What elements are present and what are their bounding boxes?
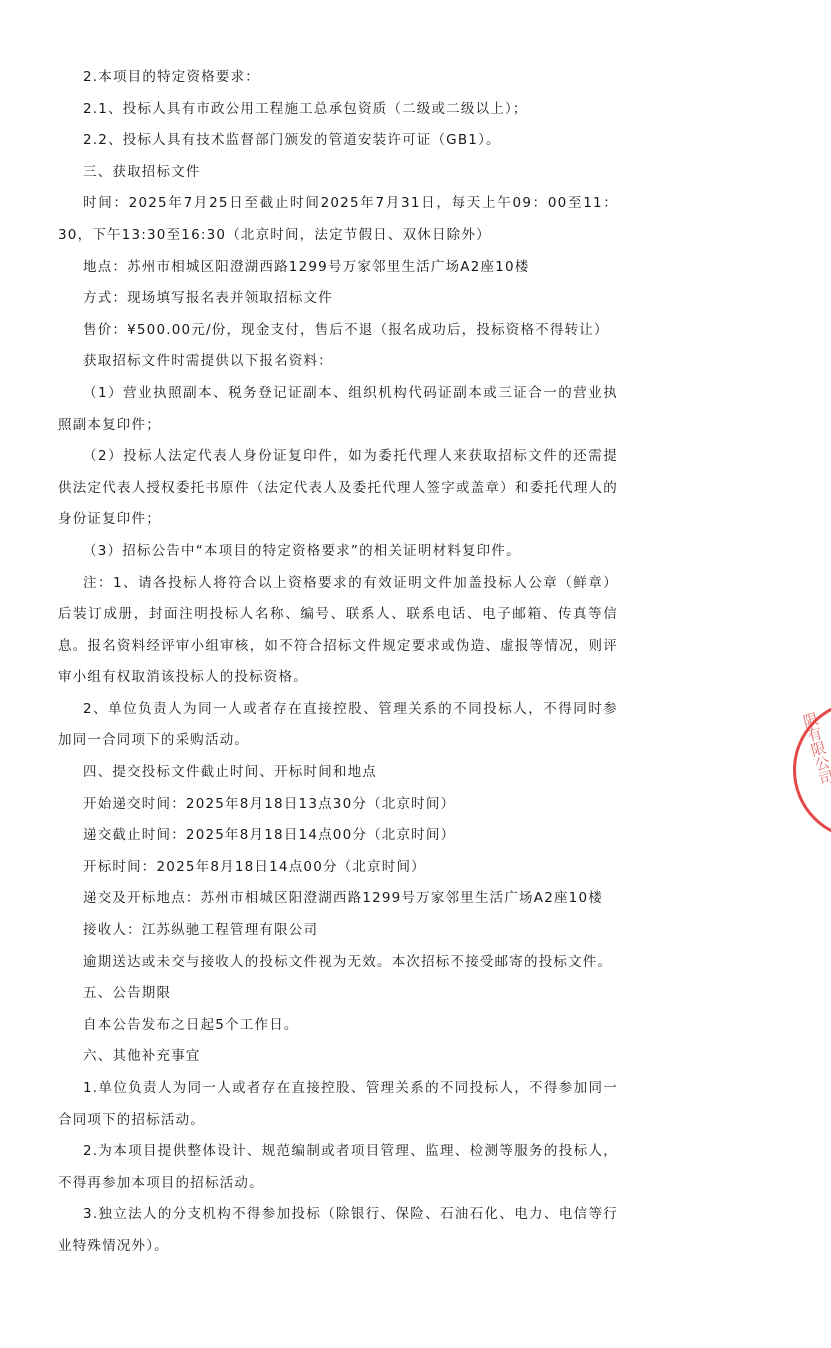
section-6-heading: 六、其他补充事宜 (58, 1041, 618, 1073)
section-3-heading: 三、获取招标文件 (58, 157, 618, 189)
supplement-item-1: 1.单位负责人为同一人或者存在直接控股、管理关系的不同投标人，不得参加同一合同项… (58, 1073, 618, 1136)
late-submission-note: 逾期送达或未交与接收人的投标文件视为无效。本次招标不接受邮寄的投标文件。 (58, 947, 618, 979)
section-4-heading: 四、提交投标文件截止时间、开标时间和地点 (58, 757, 618, 789)
recipient: 接收人：江苏纵驰工程管理有限公司 (58, 915, 618, 947)
qualification-item-2-2: 2.2、投标人具有技术监督部门颁发的管道安装许可证（GB1）。 (58, 125, 618, 157)
note-1: 注：1、请各投标人将符合以上资格要求的有效证明文件加盖投标人公章（鲜章）后装订成… (58, 568, 618, 694)
submission-deadline: 递交截止时间：2025年8月18日14点00分（北京时间） (58, 820, 618, 852)
required-materials-intro: 获取招标文件时需提供以下报名资料： (58, 346, 618, 378)
supplement-item-3: 3.独立法人的分支机构不得参加投标（除银行、保险、石油石化、电力、电信等行业特殊… (58, 1199, 618, 1262)
qualification-heading: 2.本项目的特定资格要求： (58, 62, 618, 94)
required-material-1: （1）营业执照副本、税务登记证副本、组织机构代码证副本或三证合一的营业执照副本复… (58, 378, 618, 441)
opening-time: 开标时间：2025年8月18日14点00分（北京时间） (58, 852, 618, 884)
obtain-location: 地点：苏州市相城区阳澄湖西路1299号万家邻里生活广场A2座10楼 (58, 252, 618, 284)
obtain-method: 方式：现场填写报名表并领取招标文件 (58, 283, 618, 315)
qualification-item-2-1: 2.1、投标人具有市政公用工程施工总承包资质（二级或二级以上）； (58, 94, 618, 126)
supplement-item-2: 2.为本项目提供整体设计、规范编制或者项目管理、监理、检测等服务的投标人，不得再… (58, 1136, 618, 1199)
section-5-heading: 五、公告期限 (58, 978, 618, 1010)
submission-start-time: 开始递交时间：2025年8月18日13点30分（北京时间） (58, 789, 618, 821)
note-2: 2、单位负责人为同一人或者存在直接控股、管理关系的不同投标人，不得同时参加同一合… (58, 694, 618, 757)
required-material-3: （3）招标公告中“本项目的特定资格要求”的相关证明材料复印件。 (58, 536, 618, 568)
document-body: 2.本项目的特定资格要求： 2.1、投标人具有市政公用工程施工总承包资质（二级或… (58, 62, 618, 1263)
required-material-2: （2）投标人法定代表人身份证复印件，如为委托代理人来获取招标文件的还需提供法定代… (58, 441, 618, 536)
announcement-period: 自本公告发布之日起5个工作日。 (58, 1010, 618, 1042)
obtain-price: 售价：¥500.00元/份，现金支付，售后不退（报名成功后，投标资格不得转让） (58, 315, 618, 347)
obtain-time: 时间：2025年7月25日至截止时间2025年7月31日，每天上午09：00至1… (58, 188, 618, 251)
submission-location: 递交及开标地点：苏州市相城区阳澄湖西路1299号万家邻里生活广场A2座10楼 (58, 883, 618, 915)
